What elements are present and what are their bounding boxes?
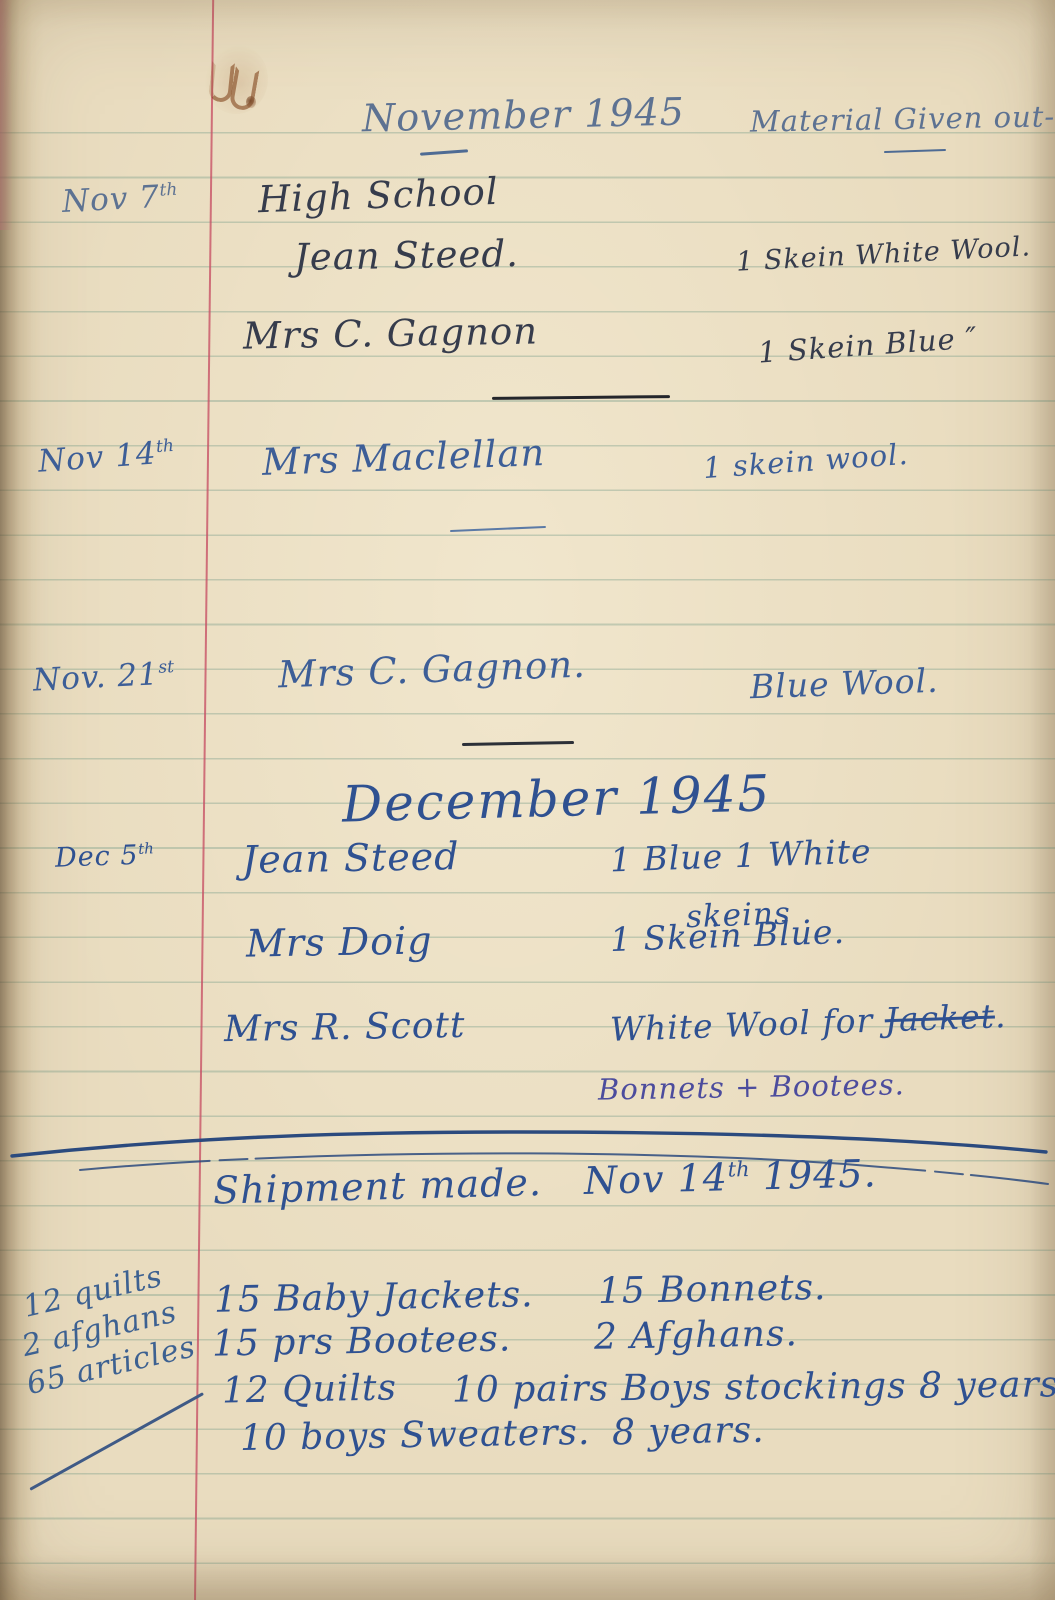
struck-word: Jacket xyxy=(884,996,995,1039)
shipment-item: 15 Baby Jackets. xyxy=(214,1275,534,1320)
date-ordinal: th xyxy=(159,180,178,201)
shipment-item: 2 Afghans. xyxy=(594,1314,799,1357)
ink-stain xyxy=(204,44,268,114)
recipient-name: Mrs C. Gagnon xyxy=(243,311,539,357)
material-given: 1 Skein Blue. xyxy=(609,914,845,958)
shipment-item: 10 boys Sweaters. xyxy=(240,1413,591,1459)
entry-date: Nov. 21st xyxy=(32,656,175,697)
month-title: November 1945 xyxy=(362,92,686,141)
recipient-name: High School xyxy=(257,172,499,221)
recipient-name: Mrs Doig xyxy=(246,920,433,965)
shipment-item: 15 Bonnets. xyxy=(598,1268,827,1312)
shipment-title-text: Shipment made. xyxy=(213,1162,543,1212)
page-edge-tint xyxy=(0,0,14,230)
recipient-name: Jean Steed xyxy=(242,836,460,882)
shipment-item: 8 years. xyxy=(612,1411,765,1453)
material-given-out-label: Material Given out- xyxy=(750,101,1055,138)
date-ordinal: th xyxy=(155,436,174,457)
month-title: December 1945 xyxy=(341,766,772,832)
recipient-name: Mrs R. Scott xyxy=(224,1006,466,1050)
material-given: Blue Wool. xyxy=(749,663,939,706)
recipient-name: Jean Steed. xyxy=(294,234,520,279)
shipment-item: 12 Quilts xyxy=(222,1368,398,1411)
shipment-item: 15 prs Bootees. xyxy=(212,1319,512,1364)
date-ordinal: th xyxy=(138,839,154,858)
shipment-item: 10 pairs Boys stockings 8 years xyxy=(452,1365,1055,1410)
entry-date: Dec 5th xyxy=(55,840,155,873)
date-ordinal: th xyxy=(727,1157,749,1182)
entry-date: Nov 7th xyxy=(61,179,178,219)
ledger-page: { "colors": { "paper": "#e9dcbf", "ruled… xyxy=(0,0,1055,1600)
date-ordinal: st xyxy=(158,657,175,678)
shipment-title-date: Nov 14th 1945. xyxy=(583,1153,877,1202)
material-given: Bonnets + Bootees. xyxy=(598,1069,905,1106)
